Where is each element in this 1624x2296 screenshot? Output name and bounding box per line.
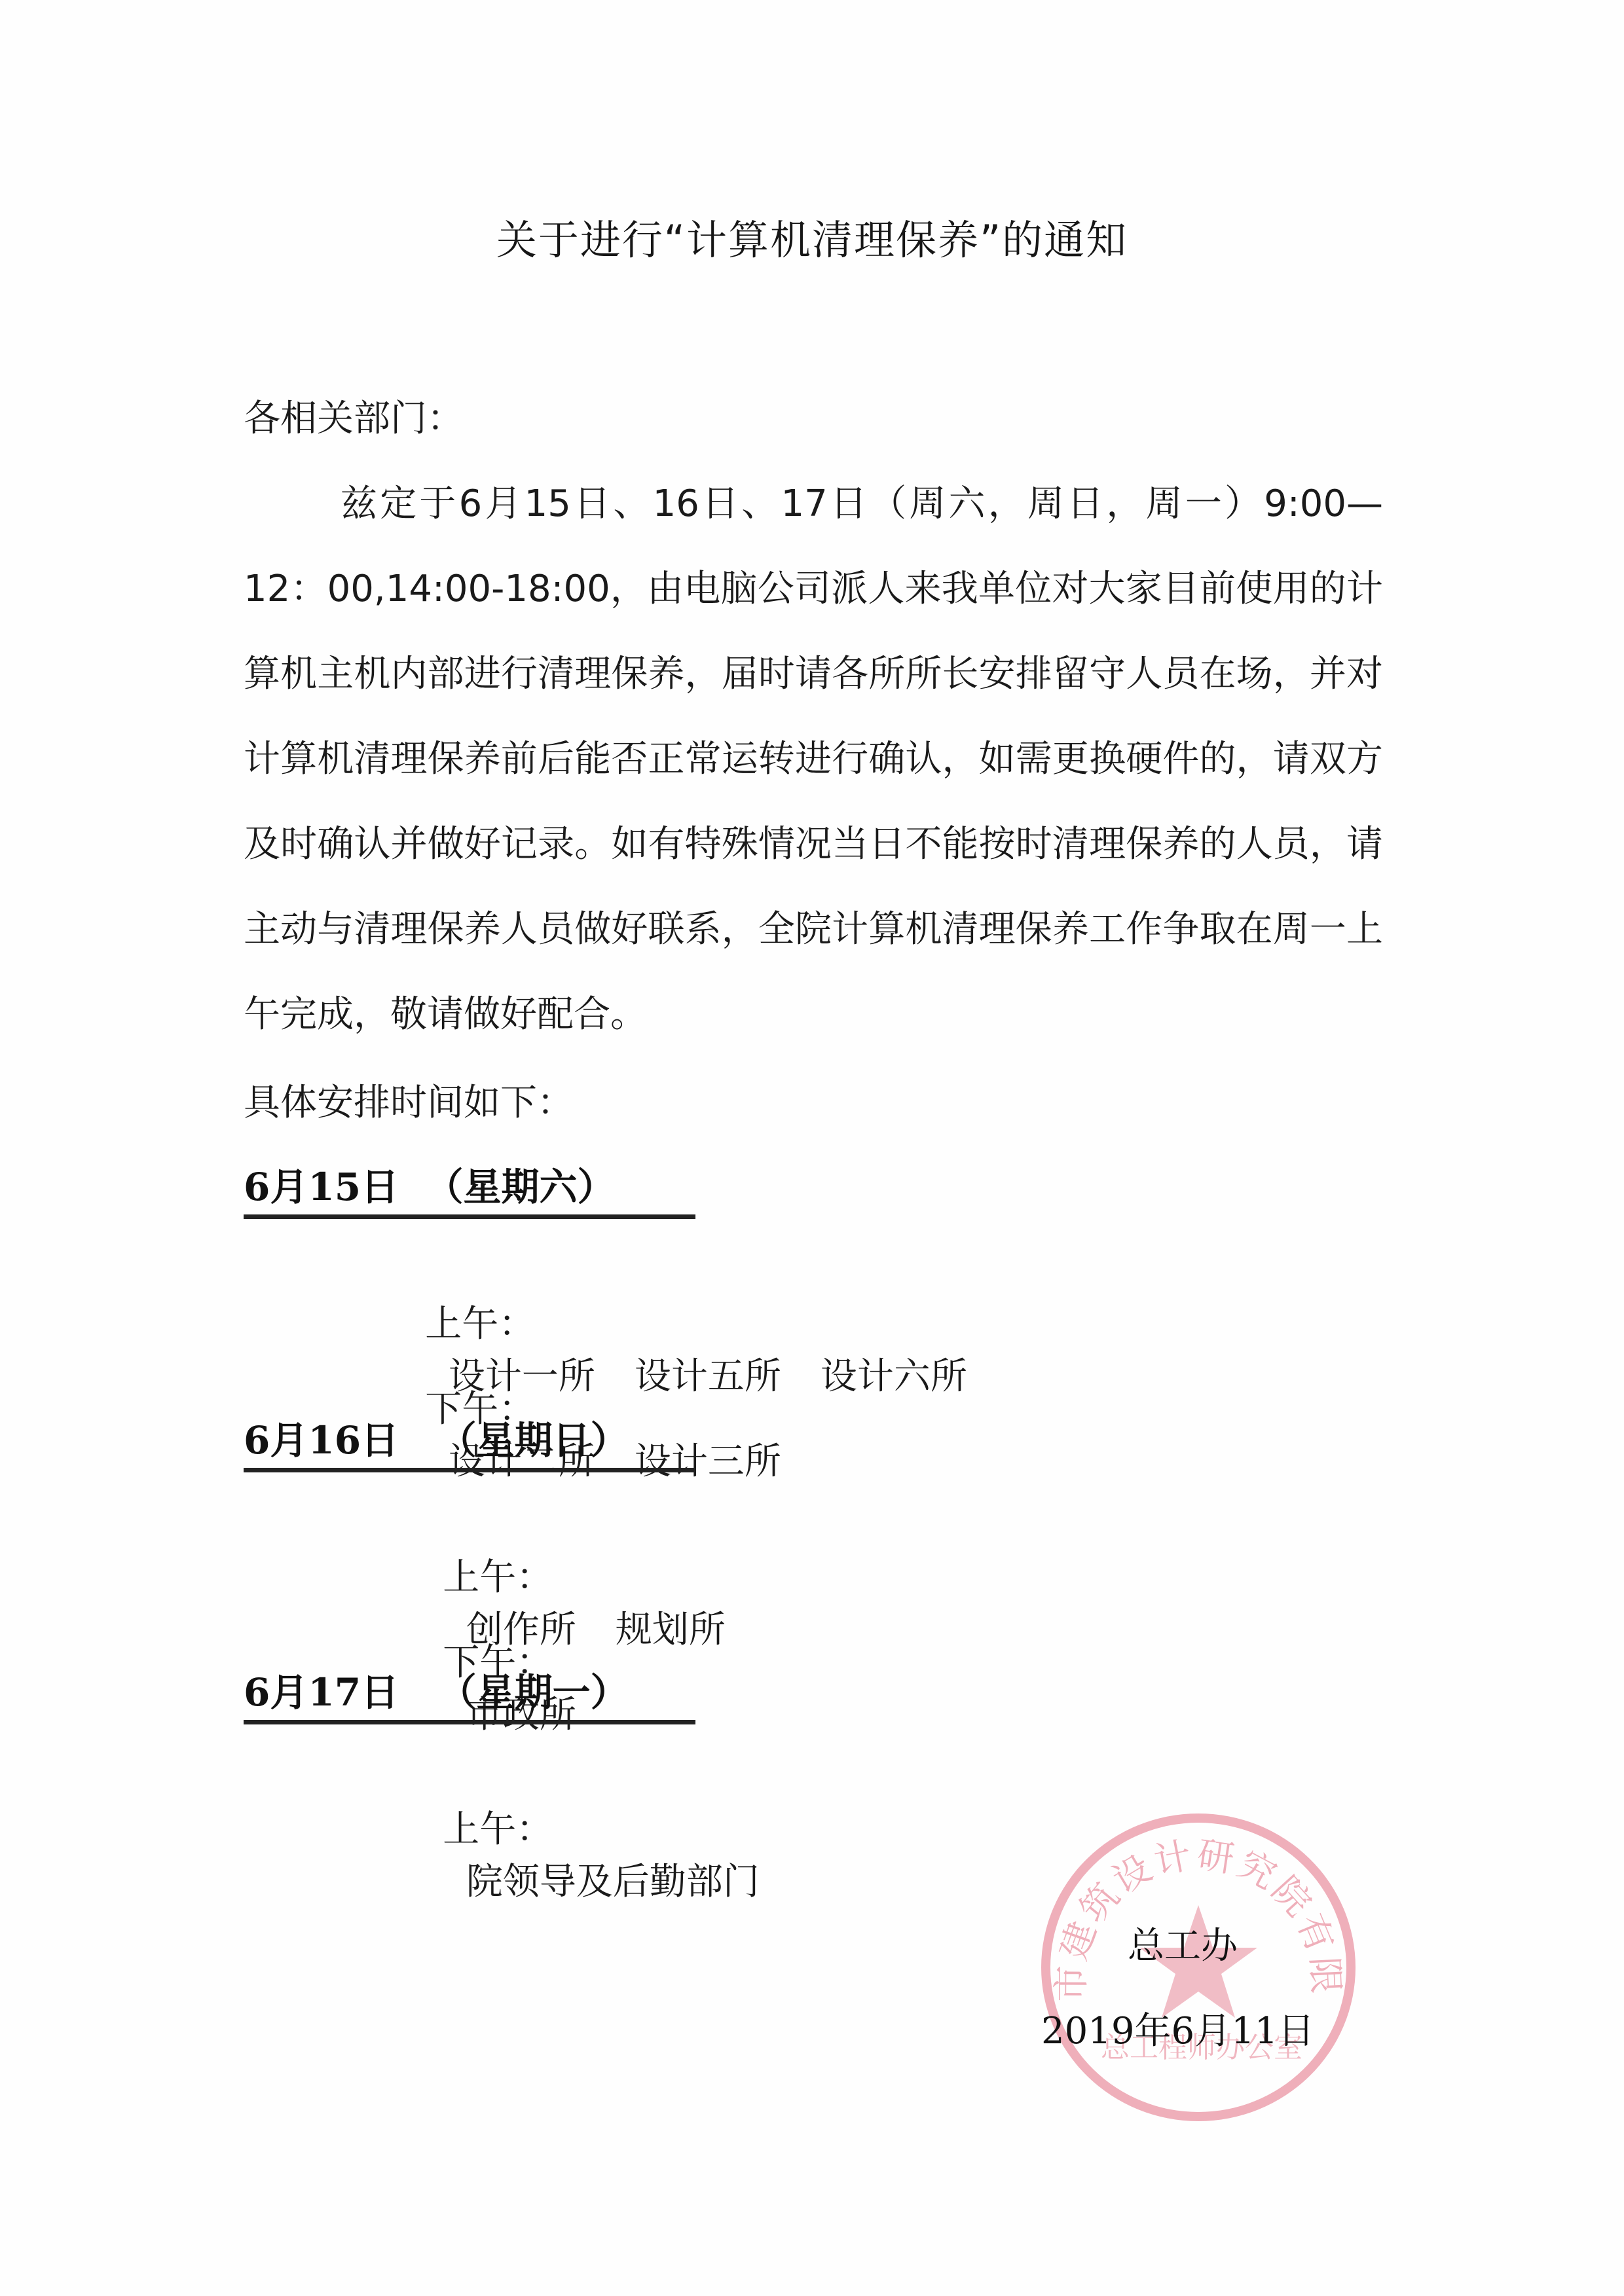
schedule-day-heading: 6月16日 （星期日） [244,1414,695,1472]
unit-name: 设计六所 [821,1355,967,1398]
document-page: 关于进行“计算机清理保养”的通知 各相关部门： 兹定于6月15日、16日、17日… [0,0,1624,2296]
notice-title: 关于进行“计算机清理保养”的通知 [0,211,1624,270]
salutation: 各相关部门： [244,376,1383,462]
unit-name: 规划所 [616,1609,726,1651]
schedule-day-heading: 6月17日 （星期一） [244,1666,695,1724]
schedule-day-heading: 6月15日 （星期六） [244,1161,695,1219]
slot-label: 上午： [443,1804,553,1856]
issuer-name: 总工办 [1128,1920,1238,1973]
schedule-intro: 具体安排时间如下： [244,1061,1383,1146]
schedule-slot: 上午： 院领导及后勤部门 [396,1751,799,1961]
body-paragraph: 兹定于6月15日、16日、17日（周六，周日，周一）9:00—12：00,14:… [244,462,1383,1057]
issue-date: 2019年6月11日 [1041,2005,1314,2058]
unit-name: 院领导及后勤部门 [466,1861,760,1903]
